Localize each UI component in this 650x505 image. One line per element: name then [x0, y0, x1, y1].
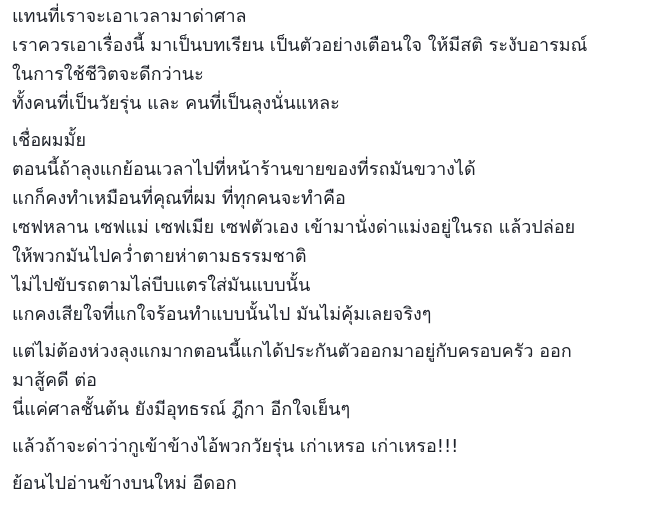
text-line: เซฟหลาน เซฟแม่ เซฟเมีย เซฟตัวเอง เข้ามาน… [12, 213, 648, 242]
text-line: แต่ไม่ต้องห่วงลุงแกมากตอนนี้แกได้ประกันต… [12, 337, 648, 366]
text-line: นี่แค่ศาลชั้นต้น ยังมีอุทธรณ์ ฎีกา อีกใจ… [12, 395, 648, 424]
paragraph-1: แทนที่เราจะเอาเวลามาด่าศาล เราควรเอาเรื่… [12, 2, 648, 118]
paragraph-3: แต่ไม่ต้องห่วงลุงแกมากตอนนี้แกได้ประกันต… [12, 337, 648, 424]
text-line: ให้พวกมันไปคว่ำตายห่าตามธรรมชาติ [12, 242, 648, 271]
text-line: ทั้งคนที่เป็นวัยรุ่น และ คนที่เป็นลุงนั่… [12, 89, 648, 118]
text-line: เชื่อผมมั้ย [12, 126, 648, 155]
text-line: แกก็คงทำเหมือนที่คุณที่ผม ที่ทุกคนจะทำคื… [12, 184, 648, 213]
post-body: แทนที่เราจะเอาเวลามาด่าศาล เราควรเอาเรื่… [12, 2, 648, 498]
text-line: ในการใช้ชีวิตจะดีกว่านะ [12, 60, 648, 89]
text-line: แล้วถ้าจะด่าว่ากูเข้าข้างไอ้พวกวัยรุ่น เ… [12, 432, 648, 461]
paragraph-4: แล้วถ้าจะด่าว่ากูเข้าข้างไอ้พวกวัยรุ่น เ… [12, 432, 648, 461]
text-line: ตอนนี้ถ้าลุงแกย้อนเวลาไปที่หน้าร้านขายขอ… [12, 155, 648, 184]
text-line: ย้อนไปอ่านข้างบนใหม่ อีดอก [12, 469, 648, 498]
text-line: มาสู้คดี ต่อ [12, 366, 648, 395]
paragraph-2: เชื่อผมมั้ย ตอนนี้ถ้าลุงแกย้อนเวลาไปที่ห… [12, 126, 648, 329]
text-line: แทนที่เราจะเอาเวลามาด่าศาล [12, 2, 648, 31]
text-line: ไม่ไปขับรถตามไล่บีบแตรใส่มันแบบนั้น [12, 271, 648, 300]
text-line: เราควรเอาเรื่องนี้ มาเป็นบทเรียน เป็นตัว… [12, 31, 648, 60]
text-line: แกคงเสียใจที่แกใจร้อนทำแบบนั้นไป มันไม่ค… [12, 300, 648, 329]
paragraph-5: ย้อนไปอ่านข้างบนใหม่ อีดอก [12, 469, 648, 498]
